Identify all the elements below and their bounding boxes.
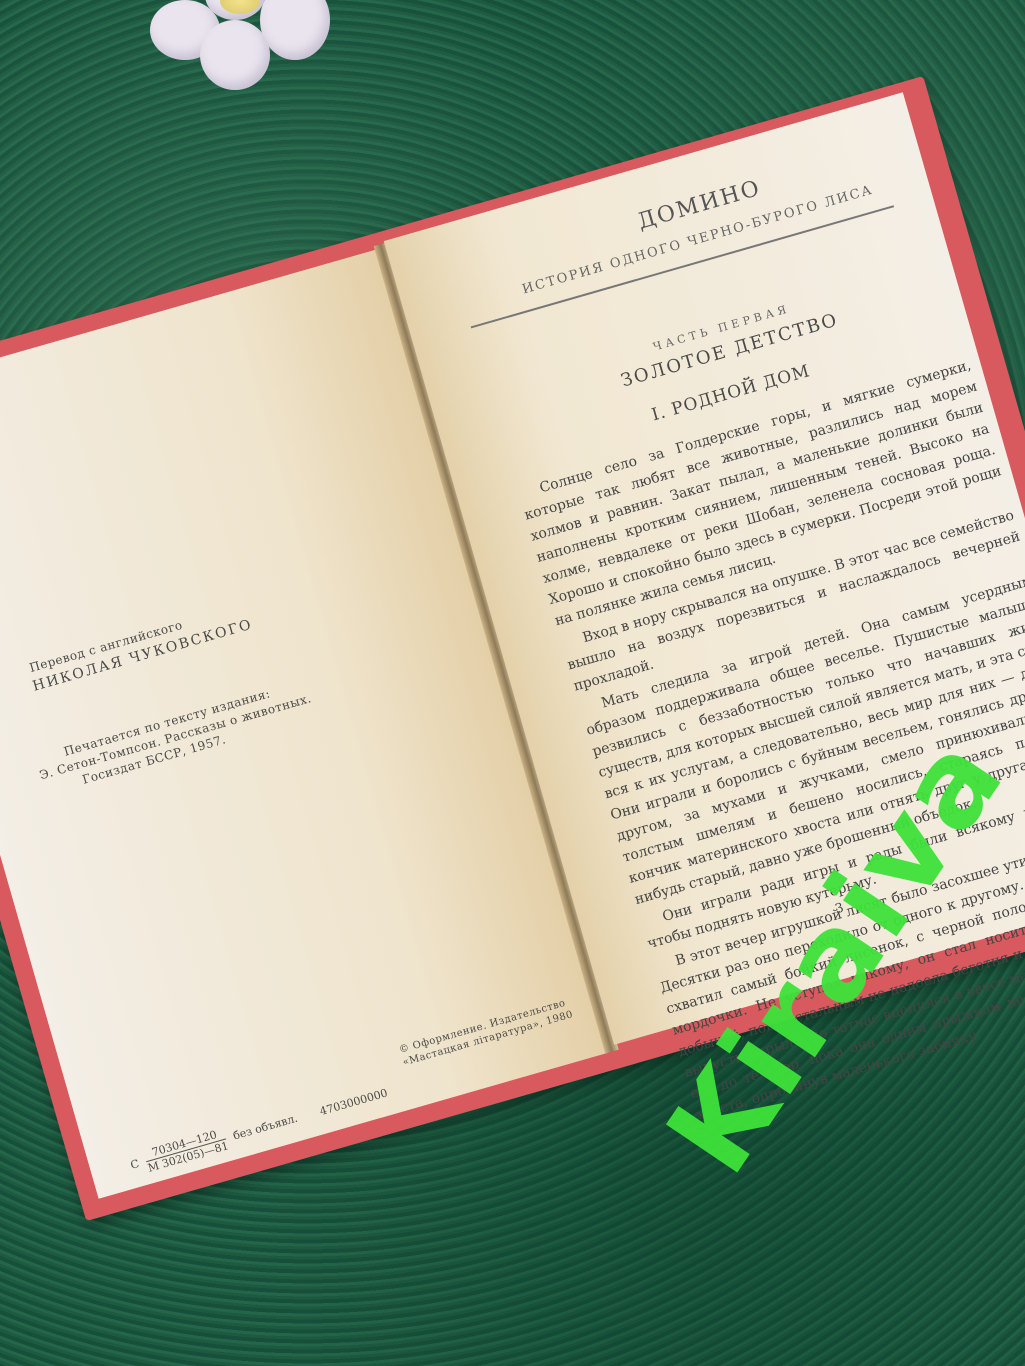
open-book: Перевод с английского НИКОЛАЯ ЧУКОВСКОГО… (0, 0, 1025, 1269)
catalog-code: 4703000000 (318, 1086, 389, 1118)
source-line-2: Э. Сетон-Томпсон. Рассказы о животных. (38, 691, 313, 782)
catalog-prefix: С (129, 1157, 141, 1172)
flower-decoration (150, 0, 320, 90)
catalog-suffix: без объявл. (232, 1112, 300, 1143)
copyright-note: © Оформление. Издательство «Мастацкая лі… (398, 995, 578, 1070)
